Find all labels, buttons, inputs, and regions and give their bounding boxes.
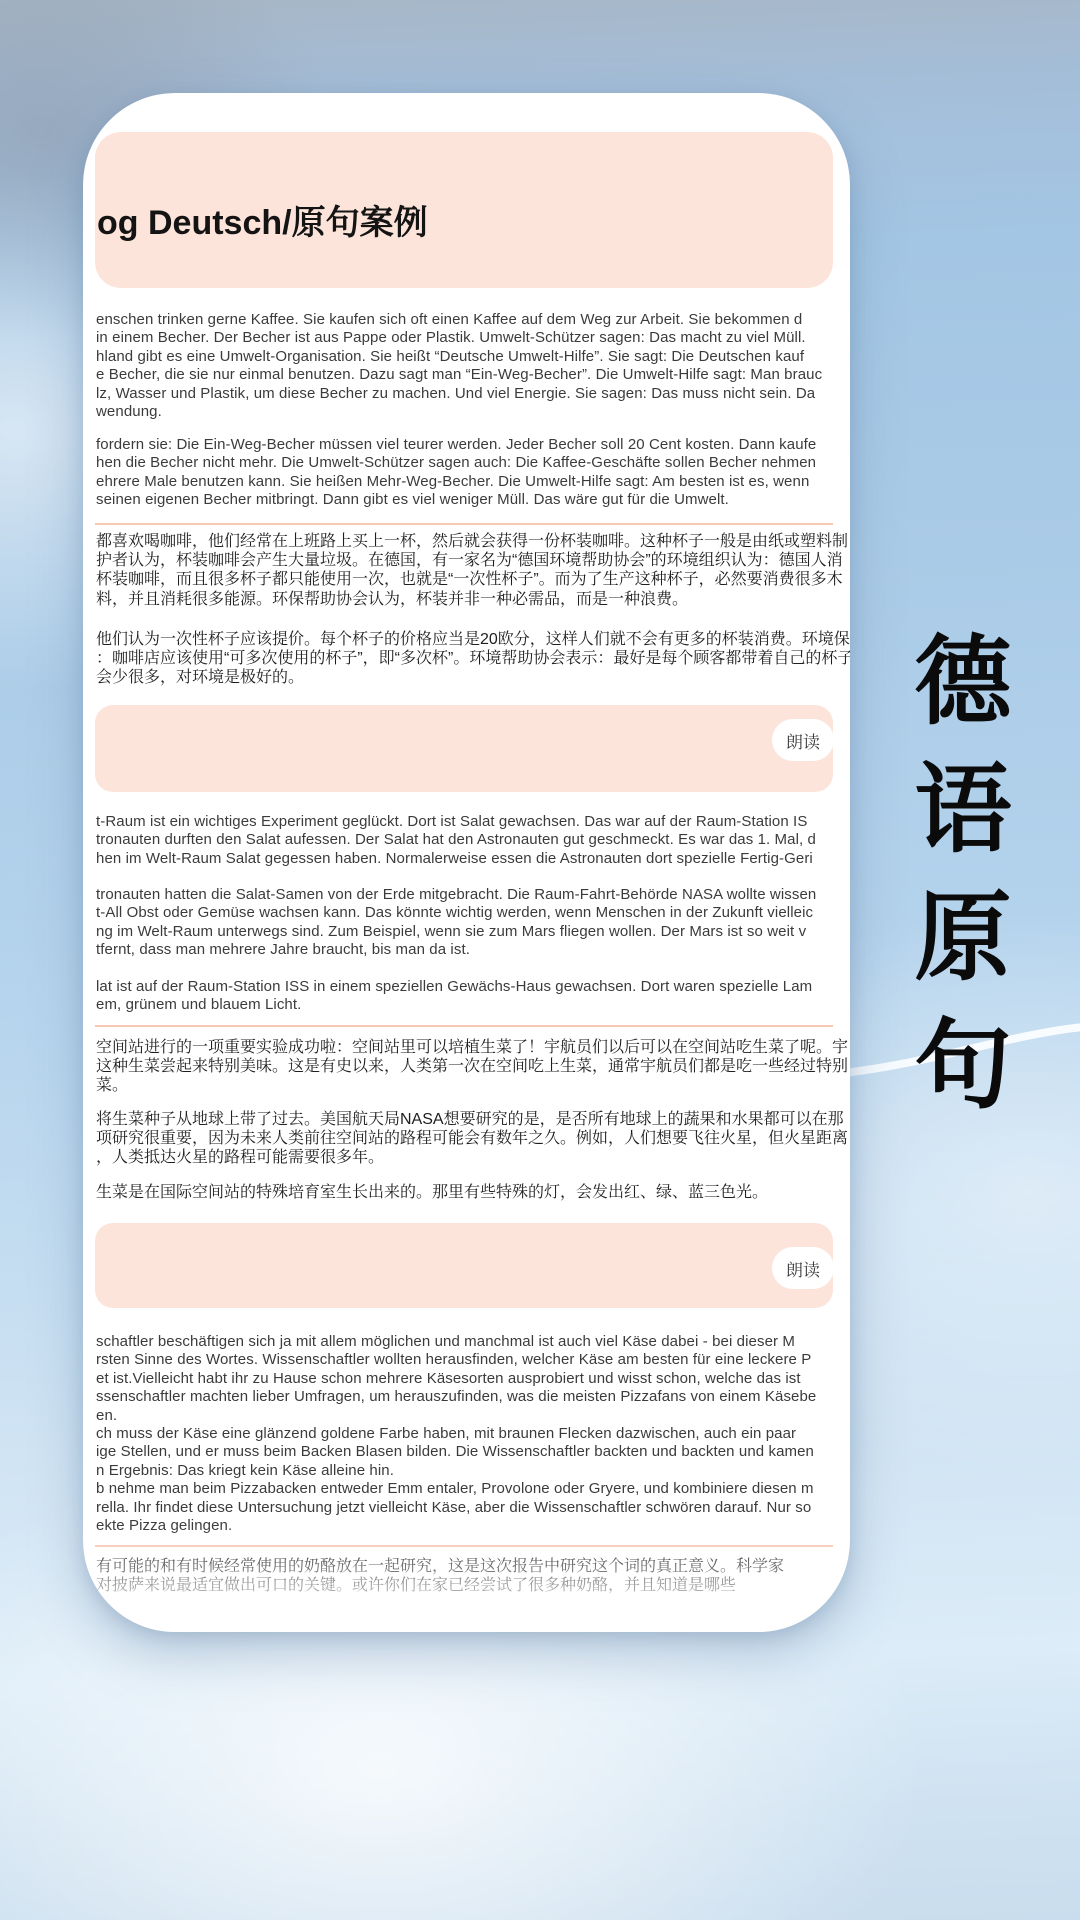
- document-card: og Deutsch/原句案例 enschen trinken gerne Ka…: [83, 93, 850, 1632]
- text-line: wendung.: [96, 403, 850, 421]
- text-line: ：咖啡店应该使用“可多次使用的杯子”，即“多次杯”。环境帮助协会表示：最好是每个…: [96, 649, 850, 668]
- german-paragraph: schaftler beschäftigen sich ja mit allem…: [96, 1333, 850, 1535]
- text-line: 生菜是在国际空间站的特殊培育室生长出来的。那里有些特殊的灯，会发出红、绿、蓝三色…: [96, 1183, 850, 1202]
- page-title: og Deutsch/原句案例: [97, 203, 428, 243]
- german-paragraph: lat ist auf der Raum-Station ISS in eine…: [96, 978, 850, 1015]
- text-line: 他们认为一次性杯子应该提价。每个杯子的价格应当是20欧分，这样人们就不会有更多的…: [96, 630, 850, 649]
- text-line: ，人类抵达火星的路程可能需要很多年。: [96, 1148, 850, 1167]
- text-line: ekte Pizza gelingen.: [96, 1517, 850, 1535]
- text-line: 料，并且消耗很多能源。环保帮助协会认为，杯装并非一种必需品，而是一种浪费。: [96, 590, 850, 609]
- text-line: ige Stellen, und er muss beim Backen Bla…: [96, 1443, 850, 1461]
- text-line: t-All Obst oder Gemüse wachsen kann. Das…: [96, 904, 850, 922]
- text-line: fordern sie: Die Ein-Weg-Becher müssen v…: [96, 436, 850, 454]
- chinese-paragraph: 有可能的和有时候经常使用的奶酪放在一起研究，这是这次报告中研究这个词的真正意义。…: [96, 1557, 850, 1595]
- big-label-char: 句: [906, 1002, 1020, 1130]
- text-line: hland gibt es eine Umwelt-Organisation. …: [96, 348, 850, 366]
- text-line: 护者认为，杯装咖啡会产生大量垃圾。在德国，有一家名为“德国环境帮助协会”的环境组…: [96, 551, 850, 570]
- vertical-big-label: 德 语 原 句: [906, 618, 1020, 1130]
- big-label-char: 原: [906, 874, 1020, 1002]
- text-line: schaftler beschäftigen sich ja mit allem…: [96, 1333, 850, 1351]
- text-line: enschen trinken gerne Kaffee. Sie kaufen…: [96, 311, 850, 329]
- text-line: t-Raum ist ein wichtiges Experiment gegl…: [96, 813, 850, 831]
- text-line: ssenschaftler machten lieber Umfragen, u…: [96, 1388, 850, 1406]
- text-line: 会少很多，对环境是极好的。: [96, 668, 850, 687]
- text-line: tronauten hatten die Salat-Samen von der…: [96, 886, 850, 904]
- read-aloud-band: [95, 1223, 833, 1308]
- text-line: en.: [96, 1407, 850, 1425]
- chinese-paragraph: 他们认为一次性杯子应该提价。每个杯子的价格应当是20欧分，这样人们就不会有更多的…: [96, 630, 850, 688]
- text-line: 项研究很重要，因为未来人类前往空间站的路程可能会有数年之久。例如，人们想要飞往火…: [96, 1129, 850, 1148]
- text-line: tronauten durften den Salat aufessen. De…: [96, 831, 850, 849]
- read-aloud-button[interactable]: 朗读: [772, 719, 834, 761]
- text-line: ehrere Male benutzen kann. Sie heißen Me…: [96, 473, 850, 491]
- text-line: 杯装咖啡，而且很多杯子都只能使用一次，也就是“一次性杯子”。而为了生产这种杯子，…: [96, 570, 850, 589]
- text-line: rella. Ihr findet diese Untersuchung jet…: [96, 1499, 850, 1517]
- read-aloud-label: 朗读: [786, 728, 820, 753]
- text-line: lz, Wasser und Plastik, um diese Becher …: [96, 385, 850, 403]
- text-line: lat ist auf der Raum-Station ISS in eine…: [96, 978, 850, 996]
- text-line: 都喜欢喝咖啡，他们经常在上班路上买上一杯，然后就会获得一份杯装咖啡。这种杯子一般…: [96, 532, 850, 551]
- german-paragraph: fordern sie: Die Ein-Weg-Becher müssen v…: [96, 436, 850, 510]
- section-divider: [95, 1545, 833, 1547]
- text-line: e Becher, die sie nur einmal benutzen. D…: [96, 366, 850, 384]
- text-line: hen die Becher nicht mehr. Die Umwelt-Sc…: [96, 454, 850, 472]
- text-line: in einem Becher. Der Becher ist aus Papp…: [96, 329, 850, 347]
- text-line: seinen eigenen Becher mitbringt. Dann gi…: [96, 491, 850, 509]
- big-label-char: 德: [906, 618, 1020, 746]
- german-paragraph: tronauten hatten die Salat-Samen von der…: [96, 886, 850, 960]
- text-line: 空间站进行的一项重要实验成功啦：空间站里可以培植生菜了！宇航员们以后可以在空间站…: [96, 1038, 850, 1057]
- german-paragraph: enschen trinken gerne Kaffee. Sie kaufen…: [96, 311, 850, 421]
- text-line: n Ergebnis: Das kriegt kein Käse alleine…: [96, 1462, 850, 1480]
- chinese-paragraph: 生菜是在国际空间站的特殊培育室生长出来的。那里有些特殊的灯，会发出红、绿、蓝三色…: [96, 1183, 850, 1202]
- text-line: et ist.Vielleicht habt ihr zu Hause scho…: [96, 1370, 850, 1388]
- text-line: 这种生菜尝起来特别美味。这是有史以来，人类第一次在空间吃上生菜，通常宇航员们都是…: [96, 1057, 850, 1076]
- text-line: rsten Sinne des Wortes. Wissenschaftler …: [96, 1351, 850, 1369]
- app-background: 德 语 原 句 og Deutsch/原句案例 enschen trinken …: [0, 0, 1080, 1920]
- read-aloud-band: [95, 705, 833, 792]
- text-line: b nehme man beim Pizzabacken entweder Em…: [96, 1480, 850, 1498]
- text-line: em, grünem und blauem Licht.: [96, 996, 850, 1014]
- text-line: 对披萨来说最适宜做出可口的关键。或许你们在家已经尝试了很多种奶酪，并且知道是哪些: [96, 1576, 850, 1595]
- german-paragraph: t-Raum ist ein wichtiges Experiment gegl…: [96, 813, 850, 868]
- text-line: 有可能的和有时候经常使用的奶酪放在一起研究，这是这次报告中研究这个词的真正意义。…: [96, 1557, 850, 1576]
- section-divider: [95, 523, 833, 525]
- read-aloud-label: 朗读: [786, 1256, 820, 1281]
- text-line: 将生菜种子从地球上带了过去。美国航天局NASA想要研究的是，是否所有地球上的蔬果…: [96, 1110, 850, 1129]
- chinese-paragraph: 空间站进行的一项重要实验成功啦：空间站里可以培植生菜了！宇航员们以后可以在空间站…: [96, 1038, 850, 1096]
- text-line: ng im Welt-Raum unterwegs sind. Zum Beis…: [96, 923, 850, 941]
- text-line: hen im Welt-Raum Salat gegessen haben. N…: [96, 850, 850, 868]
- chinese-paragraph: 将生菜种子从地球上带了过去。美国航天局NASA想要研究的是，是否所有地球上的蔬果…: [96, 1110, 850, 1168]
- text-line: 菜。: [96, 1076, 850, 1095]
- chinese-paragraph: 都喜欢喝咖啡，他们经常在上班路上买上一杯，然后就会获得一份杯装咖啡。这种杯子一般…: [96, 532, 850, 609]
- section-divider: [95, 1025, 833, 1027]
- read-aloud-button[interactable]: 朗读: [772, 1247, 834, 1289]
- big-label-char: 语: [906, 746, 1020, 874]
- text-line: ch muss der Käse eine glänzend goldene F…: [96, 1425, 850, 1443]
- text-line: tfernt, dass man mehrere Jahre braucht, …: [96, 941, 850, 959]
